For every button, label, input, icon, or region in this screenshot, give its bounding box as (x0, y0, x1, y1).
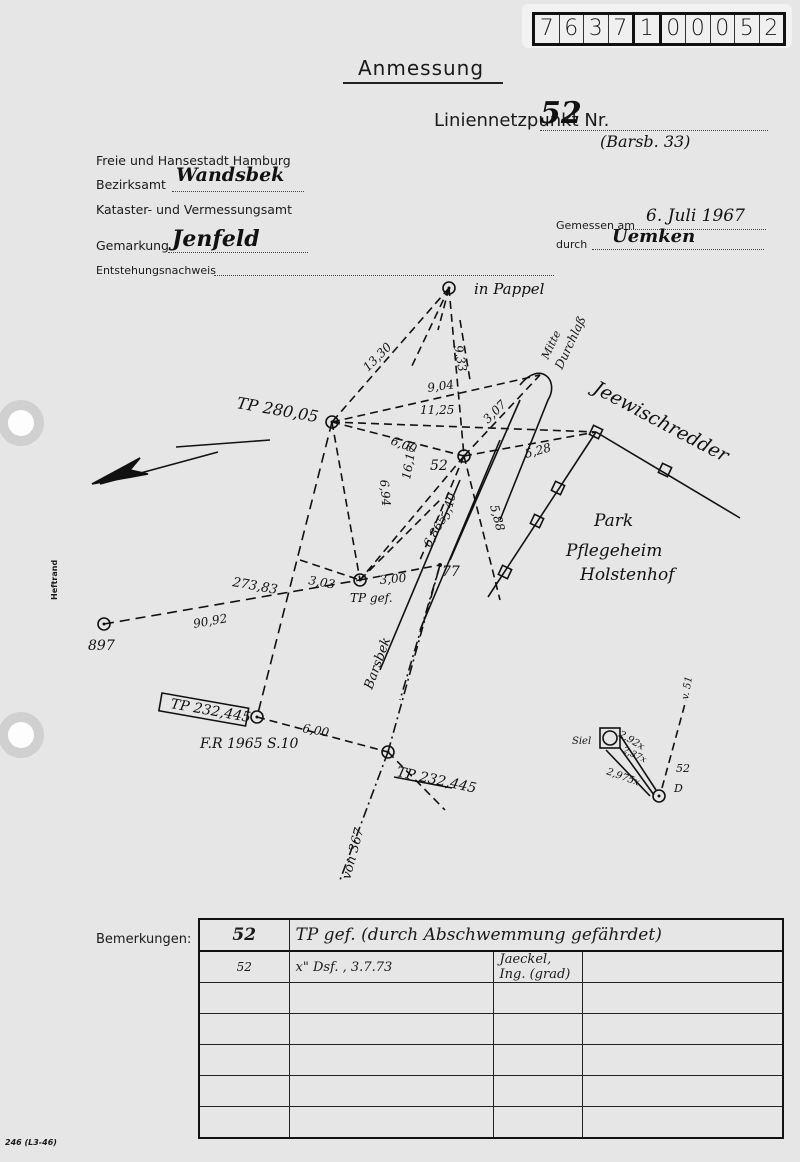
remarks-cell: Jaeckel, Ing. (grad) (493, 951, 582, 983)
sketch-label: 3,07 (480, 397, 509, 426)
remarks-cell (289, 1045, 493, 1076)
remarks-cell (199, 983, 289, 1014)
remarks-cell (289, 1107, 493, 1139)
remarks-cell (199, 1045, 289, 1076)
remarks-cell (582, 1014, 783, 1045)
remarks-cell (493, 1107, 582, 1139)
sketch-label: v. 51 (680, 675, 695, 700)
sketch-label: 5,40 (438, 491, 459, 521)
sketch-label: TP 280,05 (235, 393, 320, 426)
remarks-cell (199, 1107, 289, 1139)
remarks-row (199, 1107, 783, 1139)
sketch-label: 273,83 (230, 575, 278, 598)
sketch-label: TP gef. (350, 591, 393, 605)
remarks-cell (493, 1045, 582, 1076)
sketch-label: Pflegeheim (565, 541, 662, 561)
sketch-label: 5,28 (523, 440, 553, 461)
remarks-cell (582, 1076, 783, 1107)
sketch-label: Siel (572, 736, 591, 747)
remarks-row (199, 983, 783, 1014)
remarks-cell (199, 1076, 289, 1107)
sketch-label: TP 232,445 (395, 764, 478, 797)
remarks-cell (493, 1076, 582, 1107)
sketch-label: 9,33 (451, 344, 469, 373)
remarks-row: 52x" Dsf. , 3.7.73Jaeckel, Ing. (grad) (199, 951, 783, 983)
remarks-cell: 52 (199, 919, 289, 951)
sketch-label: Holstenhof (579, 565, 677, 585)
remarks-cell (582, 951, 783, 983)
sketch-label: von 367 (339, 826, 367, 881)
remarks-cell (493, 1014, 582, 1045)
remarks-cell: TP gef. (durch Abschwemmung gefährdet) (289, 919, 783, 951)
remarks-cell (582, 1045, 783, 1076)
sketch-label: 11,25 (420, 403, 454, 417)
remarks-table: 52TP gef. (durch Abschwemmung gefährdet)… (198, 918, 784, 1139)
sketch-label: 52 (676, 762, 690, 775)
sketch-label: F.R 1965 S.10 (199, 736, 299, 752)
sketch-label: 52 (430, 458, 448, 474)
sketch-label: Park (593, 511, 633, 531)
remarks-cell (199, 1014, 289, 1045)
sketch-label: Jeewischredder (586, 375, 734, 468)
remarks-cell: x" Dsf. , 3.7.73 (289, 951, 493, 983)
remarks-cell (493, 983, 582, 1014)
survey-sketch: in PappelMitteDurchlaßJeewischredderPark… (0, 0, 800, 900)
sketch-label: 77 (442, 564, 460, 580)
form-number: 246 (L3-46) (5, 1138, 57, 1147)
remarks-cell: 52 (199, 951, 289, 983)
remarks-cell (582, 1107, 783, 1139)
remarks-row (199, 1045, 783, 1076)
remarks-row (199, 1076, 783, 1107)
remarks-row (199, 1014, 783, 1045)
sketch-label: 6,00 (301, 721, 330, 739)
sketch-label: in Pappel (474, 280, 545, 298)
sketch-label: 3,00 (379, 571, 407, 587)
remarks-cell (289, 983, 493, 1014)
sketch-label: Barsbek (361, 635, 394, 692)
sketch-label: 6,94 (377, 479, 393, 507)
remarks-label: Bemerkungen: (96, 932, 191, 947)
sketch-label: TP 232,445 (169, 696, 252, 726)
sketch-label: 90,92 (192, 611, 228, 631)
sketch-label: D (673, 782, 683, 795)
remarks-cell (582, 983, 783, 1014)
remarks-row: 52TP gef. (durch Abschwemmung gefährdet) (199, 919, 783, 951)
sketch-label: 897 (88, 638, 115, 654)
remarks-cell (289, 1076, 493, 1107)
sketch-label: 9,04 (426, 377, 454, 395)
remarks-cell (289, 1014, 493, 1045)
